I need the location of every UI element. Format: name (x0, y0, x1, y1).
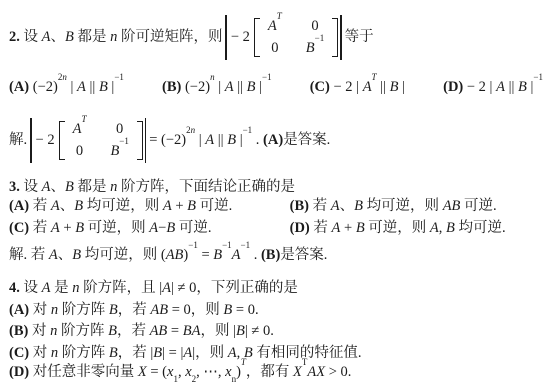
block-matrix-determinant: − 2 AT 0 0 B−1 (30, 118, 146, 163)
matrix-cell-11: AT (73, 121, 87, 138)
determinant-bar (30, 118, 31, 163)
determinant-bar (145, 118, 146, 163)
problem2-stem-suffix: 等于 (345, 27, 374, 47)
matrix-cell-21: 0 (271, 40, 278, 57)
scanned-math-document: { "page": { "background": "#ffffff", "te… (0, 0, 548, 390)
problem2-stem-text: 2. 设 A、B 都是 n 阶可逆矩阵，则 (9, 27, 222, 47)
problem3-options-row1: (A) 若 A、B 均可逆，则 A + B 可逆. (B) 若 A、B 均可逆，… (9, 196, 497, 216)
problem4-option-a: (A) 对 n 阶方阵 B，若 AB = 0，则 B = 0. (9, 300, 259, 320)
problem2-stem: 2. 设 A、B 都是 n 阶可逆矩阵，则 − 2 AT 0 0 B−1 等于 (9, 8, 374, 66)
problem3-option-c: (C) 若 A + B 可逆，则 A−B 可逆. (9, 218, 286, 238)
matrix-cell-22: B−1 (110, 143, 128, 160)
determinant-bar (225, 15, 226, 60)
problem3-option-a: (A) 若 A、B 均可逆，则 A + B 可逆. (9, 196, 286, 216)
matrix-coefficient: − 2 (36, 130, 55, 150)
solution-label: 解. (9, 130, 27, 150)
matrix-cell-21: 0 (76, 143, 83, 160)
problem3-options-row2: (C) 若 A + B 可逆，则 A−B 可逆. (D) 若 A + B 可逆，… (9, 218, 506, 238)
matrix-cell-12: 0 (116, 121, 123, 138)
matrix-cell-11: AT (268, 18, 282, 35)
problem2-option-c: (C) − 2 | AT || B | (310, 77, 405, 97)
problem4-stem: 4. 设 A 是 n 阶方阵，且 |A| ≠ 0，下列正确的是 (9, 278, 298, 298)
block-matrix: AT 0 0 B−1 (260, 15, 332, 60)
problem3-solution: 解. 若 A、B 均可逆，则 (AB)−1 = B−1A−1 . (B)是答案. (9, 245, 327, 265)
problem3-stem: 3. 设 A、B 都是 n 阶方阵，下面结论正确的是 (9, 177, 295, 197)
determinant-bar (340, 15, 341, 60)
problem3-option-d: (D) 若 A + B 可逆，则 A, B 均可逆. (290, 220, 506, 236)
problem2-solution-text: = (−2)2n | A || B |−1 . (A)是答案. (149, 130, 330, 150)
block-matrix-determinant: − 2 AT 0 0 B−1 (225, 15, 341, 60)
problem2-solution: 解. − 2 AT 0 0 B−1 = (−2)2n | A || B |−1 … (9, 110, 330, 170)
matrix-cell-22: B−1 (306, 40, 324, 57)
matrix-coefficient: − 2 (231, 27, 250, 47)
problem2-option-a: (A) (−2)2n | A || B |−1 (9, 77, 124, 97)
problem4-option-c: (C) 对 n 阶方阵 B，若 |B| = |A|，则 A, B 有相同的特征值… (9, 343, 361, 363)
problem4-option-b: (B) 对 n 阶方阵 B，若 AB = BA，则 |B| ≠ 0. (9, 321, 274, 341)
matrix-cell-12: 0 (311, 18, 318, 35)
problem2-options: (A) (−2)2n | A || B |−1 (B) (−2)n | A ||… (9, 77, 543, 97)
right-bracket (137, 121, 143, 160)
block-matrix: AT 0 0 B−1 (65, 118, 137, 163)
problem3-option-b: (B) 若 A、B 均可逆，则 AB 可逆. (290, 198, 497, 214)
problem2-option-d: (D) − 2 | A || B |−1 (443, 77, 543, 97)
right-bracket (332, 18, 338, 57)
problem2-option-b: (B) (−2)n | A || B |−1 (162, 77, 272, 97)
problem4-option-d: (D) 对任意非零向量 X = (x1, x2, ⋯, xn)T，都有 XTAX… (9, 362, 351, 382)
